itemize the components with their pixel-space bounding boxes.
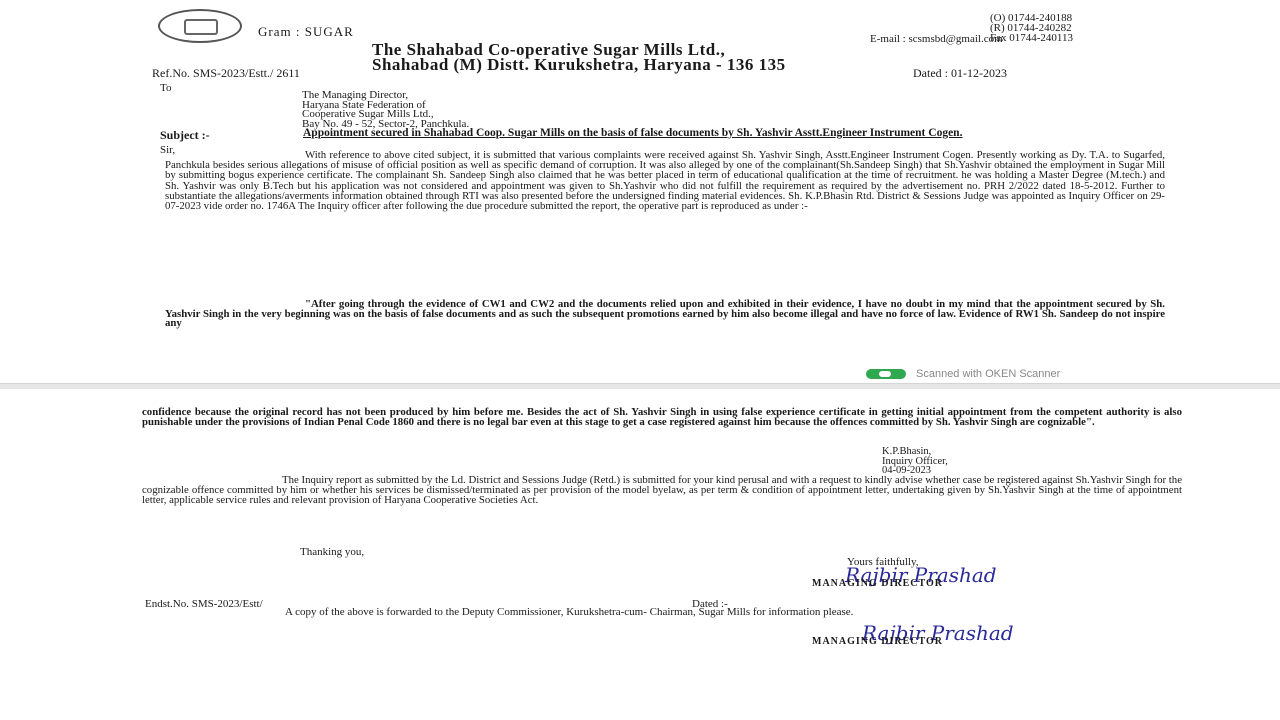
body-paragraph-2: The Inquiry report as submitted by the L…: [142, 475, 1182, 506]
inquiry-officer-signature: K.P.Bhasin, Inquiry Officer, 04-09-2023: [882, 447, 948, 476]
inquiry-quote-part-2: confidence because the original record h…: [142, 408, 1182, 428]
endorsement-text: A copy of the above is forwarded to the …: [145, 607, 1185, 617]
thanking-line: Thanking you,: [300, 546, 364, 558]
managing-director-label-2: MANAGING DIRECTOR: [812, 636, 943, 647]
managing-director-label-1: MANAGING DIRECTOR: [812, 578, 943, 589]
document-page-2: confidence because the original record h…: [0, 0, 1280, 720]
